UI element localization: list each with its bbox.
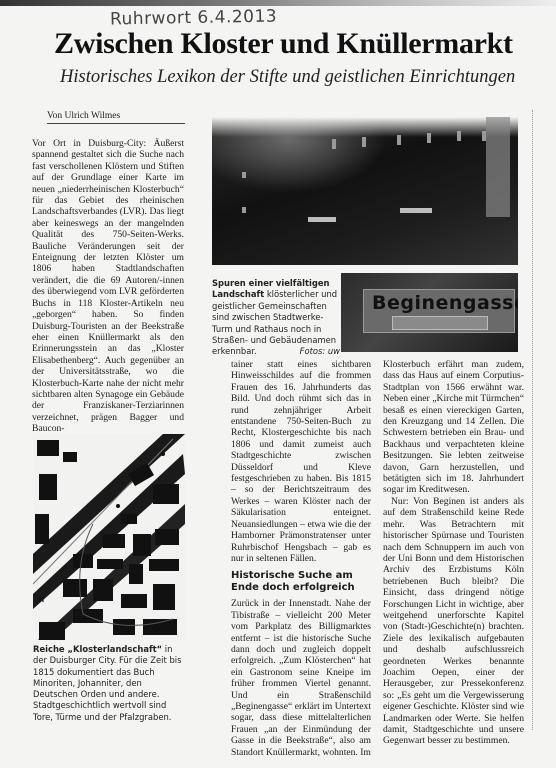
photo-sign-plaque bbox=[308, 217, 336, 222]
photo-window bbox=[242, 172, 246, 178]
photo-caption: Spuren einer vielfältigen Landschaft klö… bbox=[212, 278, 340, 358]
subheadline: Historisches Lexikon der Stifte und geis… bbox=[60, 67, 515, 88]
photo-window bbox=[427, 133, 431, 143]
photo-credit: Fotos: uw bbox=[300, 346, 340, 357]
map-caption-bold: Reiche „Klosterlandschaft“ bbox=[33, 644, 162, 654]
photo-window bbox=[457, 131, 461, 141]
photo-caption-text: klösterlicher und geistlicher Gemeinscha… bbox=[212, 289, 337, 356]
photo-sign-plaque bbox=[400, 208, 432, 213]
byline: Von Ulrich Wilmes bbox=[47, 111, 185, 124]
street-sign-plate: Beginengasse bbox=[363, 289, 515, 333]
article-column-2: tainer statt eines sichtbaren Hinweissch… bbox=[231, 359, 371, 758]
scan-edge-shadow bbox=[0, 0, 556, 6]
column1-paragraph: Vor Ort in Duisburg-City: Äußerst spanne… bbox=[32, 138, 184, 435]
photo-window bbox=[482, 131, 486, 141]
photo-sky bbox=[212, 117, 518, 137]
column2-paragraph-1: tainer statt eines sichtbaren Hinweissch… bbox=[231, 359, 371, 564]
photo-window bbox=[332, 139, 336, 149]
article-column-3: Klosterbuch erfährt man zudem, dass das … bbox=[383, 359, 524, 747]
headline: Zwischen Kloster und Knüllermarkt bbox=[54, 27, 514, 61]
column3-paragraph-1: Klosterbuch erfährt man zudem, dass das … bbox=[383, 359, 524, 496]
photo-tower bbox=[486, 117, 510, 217]
article-column-1: Vor Ort in Duisburg-City: Äußerst spanne… bbox=[32, 138, 184, 435]
street-sign-subtext-plate bbox=[392, 316, 488, 330]
map-caption: Reiche „Klosterlandschaft“ in der Duisbu… bbox=[33, 644, 188, 723]
column3-paragraph-2: Nur: Von Beginen ist anders als auf dem … bbox=[383, 496, 524, 747]
building-photo bbox=[212, 117, 518, 265]
city-map: N bbox=[33, 434, 185, 640]
photo-window bbox=[362, 137, 366, 147]
section-subheading: Historische Suche am Ende doch erfolgrei… bbox=[231, 570, 371, 594]
map-graphic: N bbox=[33, 434, 185, 640]
street-sign-photo: Beginengasse bbox=[341, 273, 518, 352]
map-caption-text: in der Duisburger City. Für die Zeit bis… bbox=[33, 644, 181, 722]
street-sign-text: Beginengasse bbox=[372, 292, 518, 314]
svg-text:N: N bbox=[39, 596, 44, 604]
scan-edge-rule bbox=[532, 110, 533, 730]
column2-paragraph-2: Zurück in der Innenstadt. Nahe der Tibis… bbox=[231, 598, 371, 758]
photo-window bbox=[242, 207, 246, 213]
photo-window bbox=[397, 135, 401, 145]
